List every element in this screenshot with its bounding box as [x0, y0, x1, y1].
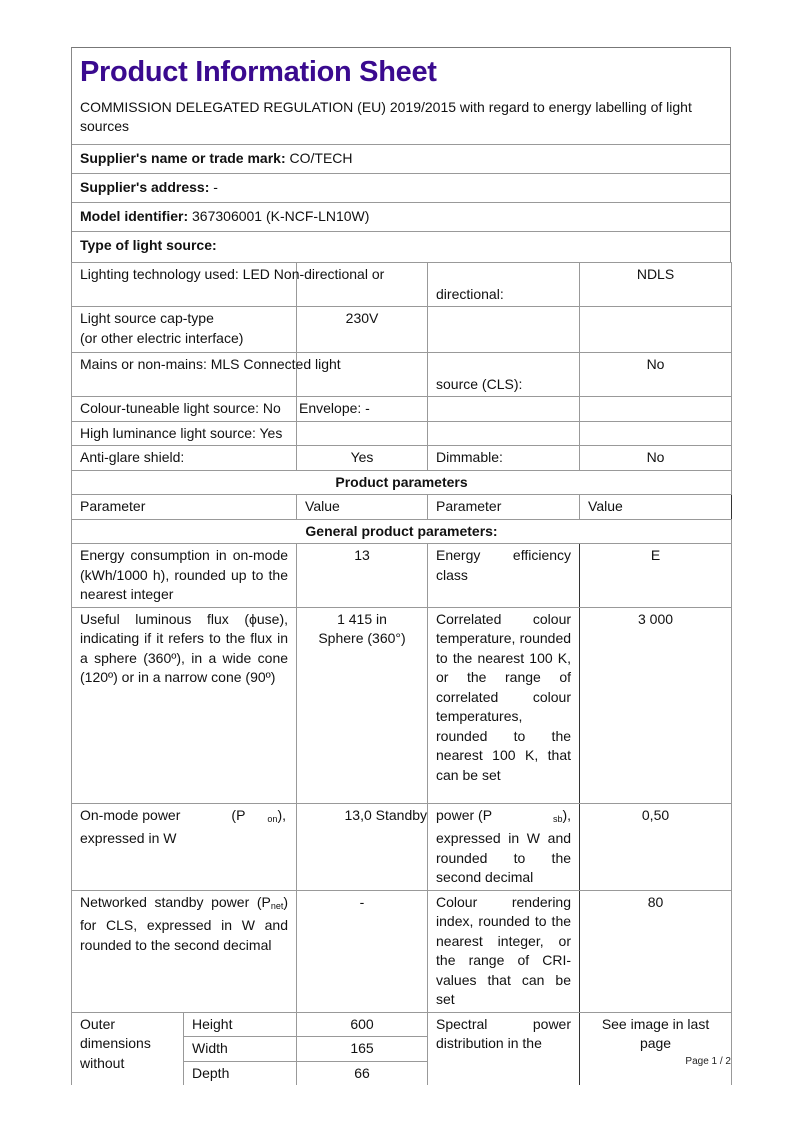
on-mode-power-label-sub: on	[267, 814, 277, 824]
depth-value: 66	[297, 1061, 428, 1085]
cct-label: Correlated colour temperature, rounded t…	[428, 607, 580, 803]
directional-label: directional:	[428, 263, 580, 307]
on-mode-power-label-2: ),	[277, 807, 286, 823]
spectral-power-value: See image in last page	[580, 1012, 732, 1085]
high-luminance-row: High luminance light source: Yes	[72, 421, 732, 446]
product-parameters-heading: Product parameters	[72, 470, 732, 495]
energy-consumption-label: Energy consumption in on-mode (kWh/1000 …	[72, 544, 297, 608]
energy-efficiency-class-label: Energy efficiency class	[428, 544, 580, 608]
depth-label: Depth	[184, 1061, 297, 1085]
empty-cell	[580, 307, 732, 353]
cap-type-label-1: Light source cap-type	[80, 309, 288, 329]
high-luminance-label: High luminance light source: Yes	[72, 421, 297, 446]
column-header-row: Parameter Value Parameter Value	[72, 495, 732, 520]
empty-cell	[580, 397, 732, 422]
mains-label: Mains or non-mains: MLS Connected light	[72, 353, 297, 397]
cct-value: 3 000	[580, 607, 732, 803]
column-header-value: Value	[297, 495, 428, 520]
spectral-power-label: Spectral power distribution in the	[428, 1012, 580, 1085]
regulation-subtitle: COMMISSION DELEGATED REGULATION (EU) 201…	[72, 98, 730, 144]
colour-tuneable-label: Colour-tuneable light source: No	[72, 397, 297, 422]
cap-type-row: Light source cap-type(or other electric …	[72, 307, 732, 353]
standby-power-label: power (Psb), expressed in W and rounded …	[428, 803, 580, 890]
product-parameters-heading-row: Product parameters	[72, 470, 732, 495]
dimmable-value: No	[580, 446, 732, 471]
networked-standby-row: Networked standby power (Pnet) for CLS, …	[72, 890, 732, 1012]
luminous-flux-value: 1 415 inSphere (360°)	[297, 607, 428, 803]
energy-consumption-row: Energy consumption in on-mode (kWh/1000 …	[72, 544, 732, 608]
cap-type-value: 230V	[297, 307, 428, 353]
model-identifier-value: 367306001 (K-NCF-LN10W)	[188, 208, 369, 224]
anti-glare-value: Yes	[297, 446, 428, 471]
general-parameters-heading-row: General product parameters:	[72, 519, 732, 544]
envelope-label: Envelope: -	[297, 397, 428, 422]
height-row: Outer dimensions without Height 600 Spec…	[72, 1012, 732, 1037]
height-value: 600	[297, 1012, 428, 1037]
model-identifier-label: Model identifier:	[80, 208, 188, 224]
luminous-flux-row: Useful luminous flux (ϕuse), indicating …	[72, 607, 732, 803]
outer-dimensions-label: Outer dimensions without	[72, 1012, 184, 1085]
empty-cell	[428, 421, 580, 446]
energy-consumption-value: 13	[297, 544, 428, 608]
product-information-sheet: Product Information Sheet COMMISSION DEL…	[71, 47, 731, 1085]
cap-type-label-2: (or other electric interface)	[80, 329, 288, 349]
cls-value: No	[580, 353, 732, 397]
on-mode-power-value: 13,0 Standby	[297, 803, 428, 890]
mains-row: Mains or non-mains: MLS Connected light …	[72, 353, 732, 397]
luminous-flux-label: Useful luminous flux (ϕuse), indicating …	[72, 607, 297, 803]
page-title: Product Information Sheet	[72, 48, 730, 98]
column-header-parameter: Parameter	[72, 495, 297, 520]
cap-type-label: Light source cap-type(or other electric …	[72, 307, 297, 353]
column-header-value-2: Value	[580, 495, 732, 520]
on-mode-power-label-1: On-mode power	[80, 806, 180, 830]
on-mode-power-row: On-mode power (Pon), expressed in W 13,0…	[72, 803, 732, 890]
header-box: Product Information Sheet COMMISSION DEL…	[71, 47, 731, 262]
on-mode-power-label-3: expressed in W	[80, 829, 288, 849]
luminous-flux-value-2: Sphere (360°)	[305, 629, 419, 649]
general-parameters-heading: General product parameters:	[72, 519, 732, 544]
supplier-address-row: Supplier's address: -	[72, 173, 730, 202]
supplier-address-value: -	[209, 179, 218, 195]
light-source-table: Lighting technology used: LED Non-direct…	[71, 262, 732, 1085]
cls-label: source (CLS):	[428, 353, 580, 397]
supplier-address-label: Supplier's address:	[80, 179, 209, 195]
model-identifier-row: Model identifier: 367306001 (K-NCF-LN10W…	[72, 202, 730, 231]
cri-value: 80	[580, 890, 732, 1012]
energy-efficiency-class-value: E	[580, 544, 732, 608]
supplier-name-label: Supplier's name or trade mark:	[80, 150, 286, 166]
standby-power-value: 0,50	[580, 803, 732, 890]
standby-power-label-4: expressed in W and rounded to the second…	[436, 829, 571, 888]
networked-standby-label: Networked standby power (Pnet) for CLS, …	[72, 890, 297, 1012]
anti-glare-row: Anti-glare shield: Yes Dimmable: No	[72, 446, 732, 471]
anti-glare-label: Anti-glare shield:	[72, 446, 297, 471]
cri-label: Colour rendering index, rounded to the n…	[428, 890, 580, 1012]
dimmable-label: Dimmable:	[428, 446, 580, 471]
on-mode-power-label-p: (P	[231, 807, 245, 823]
lighting-technology-row: Lighting technology used: LED Non-direct…	[72, 263, 732, 307]
column-header-parameter-2: Parameter	[428, 495, 580, 520]
colour-tuneable-row: Colour-tuneable light source: No Envelop…	[72, 397, 732, 422]
height-label: Height	[184, 1012, 297, 1037]
light-source-type-row: Type of light source:	[72, 231, 730, 262]
empty-cell	[580, 421, 732, 446]
on-mode-power-label: On-mode power (Pon), expressed in W	[72, 803, 297, 890]
supplier-name-row: Supplier's name or trade mark: CO/TECH	[72, 144, 730, 173]
width-label: Width	[184, 1037, 297, 1062]
networked-standby-value: -	[297, 890, 428, 1012]
directional-value: NDLS	[580, 263, 732, 307]
supplier-name-value: CO/TECH	[286, 150, 353, 166]
page-number: Page 1 / 2	[685, 1056, 731, 1067]
lighting-technology-label: Lighting technology used: LED Non-direct…	[72, 263, 297, 307]
empty-cell	[428, 307, 580, 353]
standby-label-overflow: Standby	[376, 807, 427, 823]
empty-cell	[297, 421, 428, 446]
empty-cell	[428, 397, 580, 422]
width-value: 165	[297, 1037, 428, 1062]
light-source-type-label: Type of light source:	[80, 237, 217, 253]
luminous-flux-value-1: 1 415 in	[305, 610, 419, 630]
